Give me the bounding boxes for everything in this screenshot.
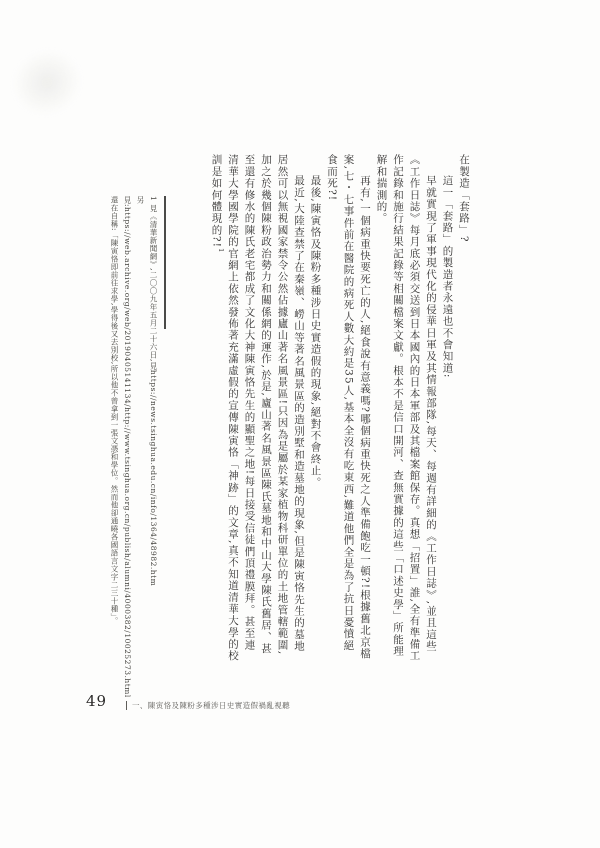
footnote-line: 還在自稱:「陳寅恪即前往求學,學得後又去別校,所以他不曾拿到一張文憑和學位。然而… xyxy=(108,196,121,690)
book-page: 在製造「套路」? 這一「套路」的製造者永遠也不會知道: 早就實現了軍事現代化的侵… xyxy=(0,0,600,848)
paragraph-with-footnote: 最近,大陸查禁了在秦嶺、嶗山等著名風景區的造別墅和造墓地的現象,但是陳寅恪先生的… xyxy=(208,154,307,662)
running-title-bar-icon xyxy=(126,701,127,710)
footnote-line: 另見:https://web.archive.org/web/201904051… xyxy=(121,196,147,690)
page-number: 49 xyxy=(86,692,107,710)
main-text-block: 在製造「套路」? 這一「套路」的製造者永遠也不會知道: 早就實現了軍事現代化的侵… xyxy=(208,154,472,662)
paragraph-text: 最近,大陸查禁了在秦嶺、嶗山等著名風景區的造別墅和造墓地的現象,但是陳寅恪先生的… xyxy=(211,154,306,662)
paragraph: 早就實現了軍事現代化的侵華日軍及其情報部隊,每天、每週有詳細的《工作日誌》,並且… xyxy=(373,154,439,662)
paragraph: 再有,一個病重快要死亡的人,絕食說有意義嗎?哪個病重快死之人準備飽吃一頓?!根據… xyxy=(324,154,374,662)
footnote-reference-marker: 1 xyxy=(217,248,225,252)
footnote-divider-rule xyxy=(164,196,166,329)
running-title-text: 一、陳寅恪及陳粉多種涉日史實造假禍亂視聽 xyxy=(132,700,290,711)
footnote-line: 1 見《清華新聞網》,二〇〇九年五月二十六日,見https://news.tsi… xyxy=(147,196,160,690)
paragraph: 這一「套路」的製造者永遠也不會知道: xyxy=(439,154,456,662)
footnote-block: 1 見《清華新聞網》,二〇〇九年五月二十六日,見https://news.tsi… xyxy=(108,196,160,690)
running-title: 一、陳寅恪及陳粉多種涉日史實造假禍亂視聽 xyxy=(126,700,290,711)
page-showthrough-smudge xyxy=(1,37,93,127)
paragraph-continuation: 在製造「套路」? xyxy=(456,154,473,662)
paragraph: 最後,陳寅恪及陳粉多種涉日史實造假的現象,絕對不會終止。 xyxy=(307,154,324,662)
